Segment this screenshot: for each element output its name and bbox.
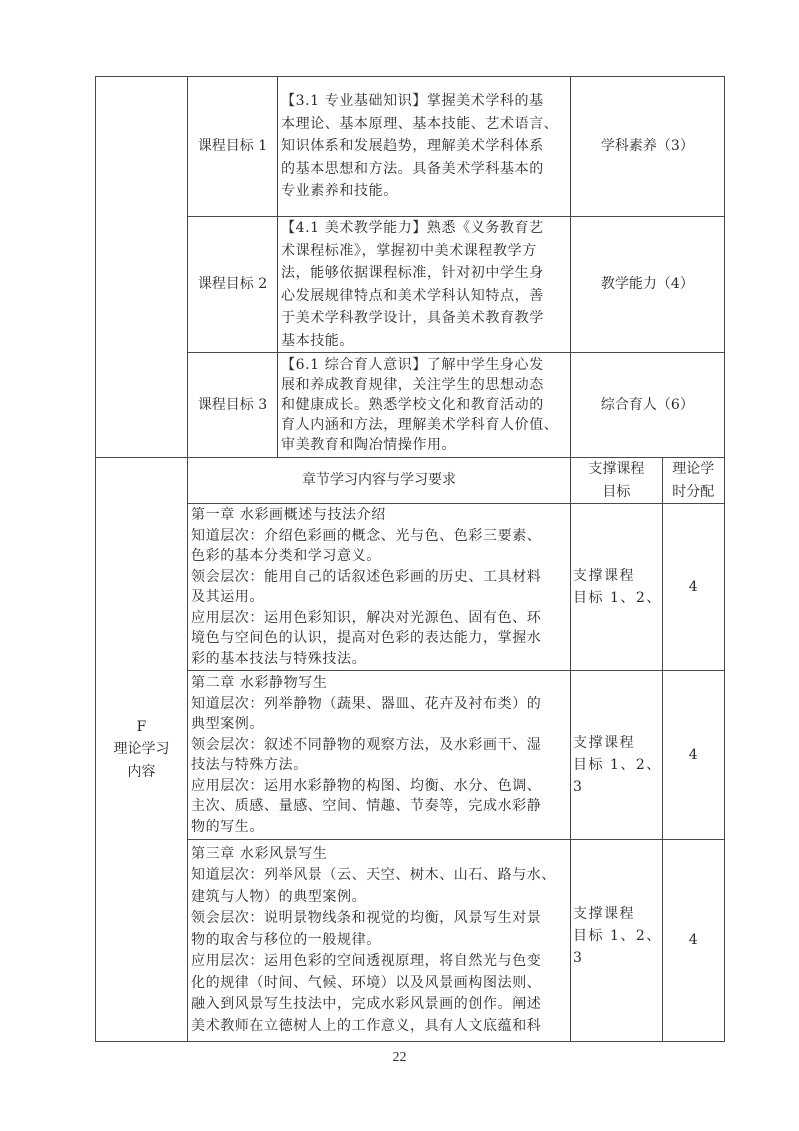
support-line: 3 <box>573 947 662 969</box>
theory-hours: 4 <box>662 840 724 1042</box>
chapter-line: 知道层次：介绍色彩画的概念、光与色、色彩三要素、 <box>191 526 568 547</box>
desc-line: 知识体系和发展趋势，理解美术学科体系 <box>281 135 568 158</box>
support-header: 支撑课程 目标 <box>571 458 663 504</box>
chapter-line: 第二章 水彩静物写生 <box>191 673 568 694</box>
chapter-line: 第一章 水彩画概述与技法介绍 <box>191 505 568 526</box>
goal-label: 课程目标 2 <box>188 217 278 353</box>
desc-line: 心发展规律特点和美术学科认知特点，善 <box>281 285 568 308</box>
desc-line: 审美教育和陶冶情操作用。 <box>281 435 568 455</box>
chapter-row: 第二章 水彩静物写生 知道层次：列举静物（蔬果、器皿、花卉及衬布类）的 典型案例… <box>96 671 725 840</box>
desc-line: 育人内涵和方法，理解美术学科育人价值、 <box>281 415 568 435</box>
left-blank-cell <box>96 77 188 458</box>
chapter-row: 第三章 水彩风景写生 知道层次：列举风景（云、天空、树木、山石、路与水、 建筑与… <box>96 840 725 1042</box>
page-number: 22 <box>0 1050 799 1066</box>
desc-line: 术课程标准》，掌握初中美术课程教学方 <box>281 240 568 263</box>
chapter-line: 主次、质感、量感、空间、情趣、节奏等，完成水彩静 <box>191 796 568 817</box>
chapter-line: 彩的基本技法与特殊技法。 <box>191 649 568 670</box>
theory-hours: 4 <box>662 504 724 671</box>
goal-label: 课程目标 1 <box>188 77 278 217</box>
support-line: 目标 1、2、 <box>573 587 662 609</box>
support-line: 支撑课程 <box>573 732 662 754</box>
chapter-line: 领会层次：叙述不同静物的观察方法，及水彩画干、湿 <box>191 735 568 756</box>
graduation-requirement: 学科素养（3） <box>571 77 725 217</box>
desc-line: 和健康成长。熟悉学校文化和教育活动的 <box>281 395 568 415</box>
support-line: 支撑课程 <box>573 565 662 587</box>
desc-line: 【4.1 美术教学能力】熟悉《义务教育艺 <box>281 217 568 240</box>
goal-description: 【6.1 综合育人意识】了解中学生身心发 展和养成教育规律，关注学生的思想动态 … <box>278 353 571 458</box>
hours-header: 理论学 时分配 <box>662 458 724 504</box>
header-line: 支撑课程 <box>571 458 662 481</box>
chapter-line: 应用层次：运用色彩的空间透视原理，将自然光与色变 <box>191 951 568 973</box>
chapter-line: 及其运用。 <box>191 587 568 608</box>
chapter-line: 典型案例。 <box>191 714 568 735</box>
objective-row: 课程目标 2 【4.1 美术教学能力】熟悉《义务教育艺 术课程标准》，掌握初中美… <box>96 217 725 353</box>
chapter-line: 物的取舍与移位的一般规律。 <box>191 930 568 952</box>
supported-objectives: 支撑课程 目标 1、2、 3 <box>571 671 663 840</box>
theory-header-row: F 理论学习 内容 章节学习内容与学习要求 支撑课程 目标 理论学 时分配 <box>96 458 725 504</box>
document-page: 课程目标 1 【3.1 专业基础知识】掌握美术学科的基 本理论、基本原理、基本技… <box>0 0 799 1131</box>
header-line: 时分配 <box>663 481 724 504</box>
header-line: 理论学 <box>663 458 724 481</box>
graduation-requirement: 综合育人（6） <box>571 353 725 458</box>
chapter-line: 领会层次：能用自己的话叙述色彩画的历史、工具材料 <box>191 567 568 588</box>
chapter-line: 色彩的基本分类和学习意义。 <box>191 546 568 567</box>
chapter-line: 融入到风景写生技法中，完成水彩风景画的创作。阐述 <box>191 994 568 1016</box>
chapter-line: 知道层次：列举风景（云、天空、树木、山石、路与水、 <box>191 865 568 887</box>
support-line: 目标 1、2、 <box>573 925 662 947</box>
supported-objectives: 支撑课程 目标 1、2、 <box>571 504 663 671</box>
chapter-line: 知道层次：列举静物（蔬果、器皿、花卉及衬布类）的 <box>191 694 568 715</box>
desc-line: 的基本思想和方法。具备美术学科基本的 <box>281 158 568 181</box>
chapter-line: 建筑与人物）的典型案例。 <box>191 887 568 909</box>
section-label-line: 内容 <box>96 761 187 784</box>
theory-section-label: F 理论学习 内容 <box>96 458 188 1042</box>
chapter-line: 应用层次：运用色彩知识，解决对光源色、固有色、环 <box>191 608 568 629</box>
chapter-line: 领会层次：说明景物线条和视觉的均衡，风景写生对景 <box>191 908 568 930</box>
chapter-content: 第三章 水彩风景写生 知道层次：列举风景（云、天空、树木、山石、路与水、 建筑与… <box>188 840 571 1042</box>
chapter-content: 第二章 水彩静物写生 知道层次：列举静物（蔬果、器皿、花卉及衬布类）的 典型案例… <box>188 671 571 840</box>
support-line: 支撑课程 <box>573 903 662 925</box>
desc-line: 本理论、基本原理、基本技能、艺术语言、 <box>281 113 568 136</box>
support-line: 目标 1、2、 <box>573 754 662 776</box>
objective-row: 课程目标 1 【3.1 专业基础知识】掌握美术学科的基 本理论、基本原理、基本技… <box>96 77 725 217</box>
header-line: 目标 <box>571 481 662 504</box>
graduation-requirement: 教学能力（4） <box>571 217 725 353</box>
content-header: 章节学习内容与学习要求 <box>188 458 571 504</box>
section-label-line: 理论学习 <box>96 738 187 761</box>
chapter-line: 美术教师在立德树人上的工作意义，具有人文底蕴和科 <box>191 1016 568 1038</box>
chapter-line: 应用层次：运用水彩静物的构图、均衡、水分、色调、 <box>191 776 568 797</box>
chapter-line: 化的规律（时间、气候、环境）以及风景画构图法则、 <box>191 973 568 995</box>
chapter-line: 技法与特殊方法。 <box>191 755 568 776</box>
desc-line: 于美术学科教学设计，具备美术教育教学 <box>281 307 568 330</box>
chapter-line: 物的写生。 <box>191 817 568 838</box>
desc-line: 法，能够依据课程标准，针对初中学生身 <box>281 262 568 285</box>
desc-line: 【3.1 专业基础知识】掌握美术学科的基 <box>281 90 568 113</box>
syllabus-table: 课程目标 1 【3.1 专业基础知识】掌握美术学科的基 本理论、基本原理、基本技… <box>95 76 725 1042</box>
section-letter: F <box>96 716 187 739</box>
chapter-line: 第三章 水彩风景写生 <box>191 844 568 866</box>
support-line: 3 <box>573 776 662 798</box>
chapter-content: 第一章 水彩画概述与技法介绍 知道层次：介绍色彩画的概念、光与色、色彩三要素、 … <box>188 504 571 671</box>
chapter-line: 境色与空间色的认识，提高对色彩的表达能力，掌握水 <box>191 628 568 649</box>
desc-line: 展和养成教育规律，关注学生的思想动态 <box>281 375 568 395</box>
desc-line: 基本技能。 <box>281 330 568 353</box>
theory-hours: 4 <box>662 671 724 840</box>
objective-row: 课程目标 3 【6.1 综合育人意识】了解中学生身心发 展和养成教育规律，关注学… <box>96 353 725 458</box>
desc-line: 【6.1 综合育人意识】了解中学生身心发 <box>281 355 568 375</box>
desc-line: 专业素养和技能。 <box>281 180 568 203</box>
goal-description: 【3.1 专业基础知识】掌握美术学科的基 本理论、基本原理、基本技能、艺术语言、… <box>278 77 571 217</box>
supported-objectives: 支撑课程 目标 1、2、 3 <box>571 840 663 1042</box>
chapter-row: 第一章 水彩画概述与技法介绍 知道层次：介绍色彩画的概念、光与色、色彩三要素、 … <box>96 504 725 671</box>
goal-description: 【4.1 美术教学能力】熟悉《义务教育艺 术课程标准》，掌握初中美术课程教学方 … <box>278 217 571 353</box>
goal-label: 课程目标 3 <box>188 353 278 458</box>
